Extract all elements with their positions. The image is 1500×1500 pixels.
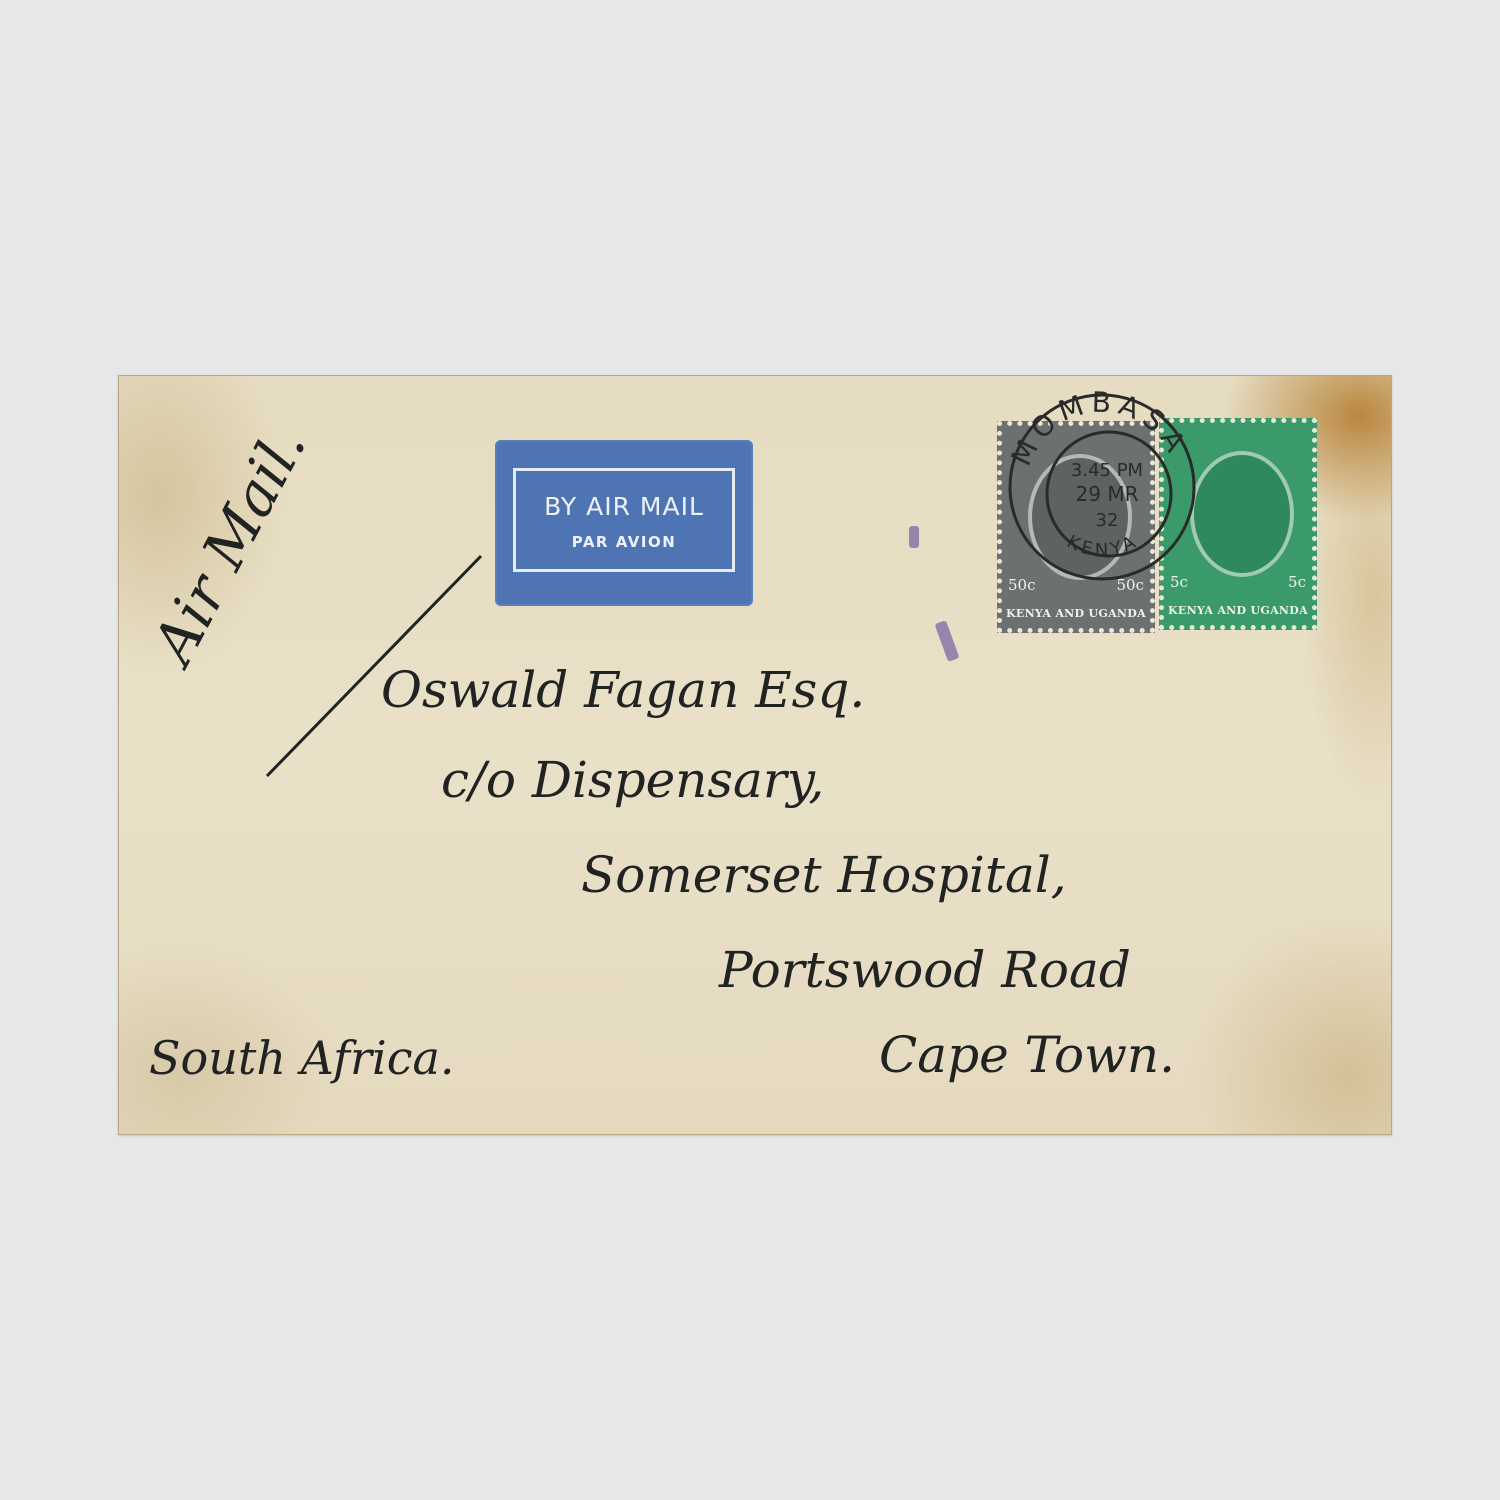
- stamp-country: KENYA AND UGANDA: [1002, 607, 1150, 620]
- svg-text:KENYA: KENYA: [1063, 530, 1142, 561]
- stamp-country: KENYA AND UGANDA: [1164, 604, 1312, 617]
- stamp-value: 5c: [1288, 573, 1306, 591]
- airmail-label-line2: PAR AVION: [572, 533, 677, 551]
- postmark-cancel-icon: MOMBASA KENYA 3.45 PM 29 MR 32: [1007, 376, 1197, 598]
- airmail-label-frame: BY AIR MAIL PAR AVION: [513, 468, 735, 572]
- airmail-label-line1: BY AIR MAIL: [544, 492, 704, 521]
- king-portrait-icon: [1190, 451, 1294, 577]
- address-line-4: Portswood Road: [719, 941, 1131, 999]
- address-line-1: Oswald Fagan Esq.: [381, 661, 865, 719]
- address-line-3: Somerset Hospital,: [581, 846, 1067, 904]
- postmark-date: 29 MR: [1076, 482, 1139, 506]
- envelope: BY AIR MAIL PAR AVION 50c 50c KENYA AND …: [118, 375, 1392, 1135]
- underline-stroke: [259, 526, 489, 786]
- destination-country: South Africa.: [149, 1031, 455, 1085]
- postmark-town: MOMBASA: [1007, 386, 1195, 471]
- airmail-label: BY AIR MAIL PAR AVION: [495, 440, 753, 606]
- postmark-region: KENYA: [1063, 530, 1142, 561]
- postmark-time: 3.45 PM: [1071, 460, 1143, 481]
- ink-smudge: [909, 526, 919, 548]
- postmark-year: 32: [1096, 510, 1119, 531]
- svg-text:MOMBASA: MOMBASA: [1007, 386, 1195, 471]
- address-line-2: c/o Dispensary,: [441, 751, 824, 809]
- ink-smudge: [935, 620, 960, 662]
- address-line-5: Cape Town.: [879, 1026, 1175, 1084]
